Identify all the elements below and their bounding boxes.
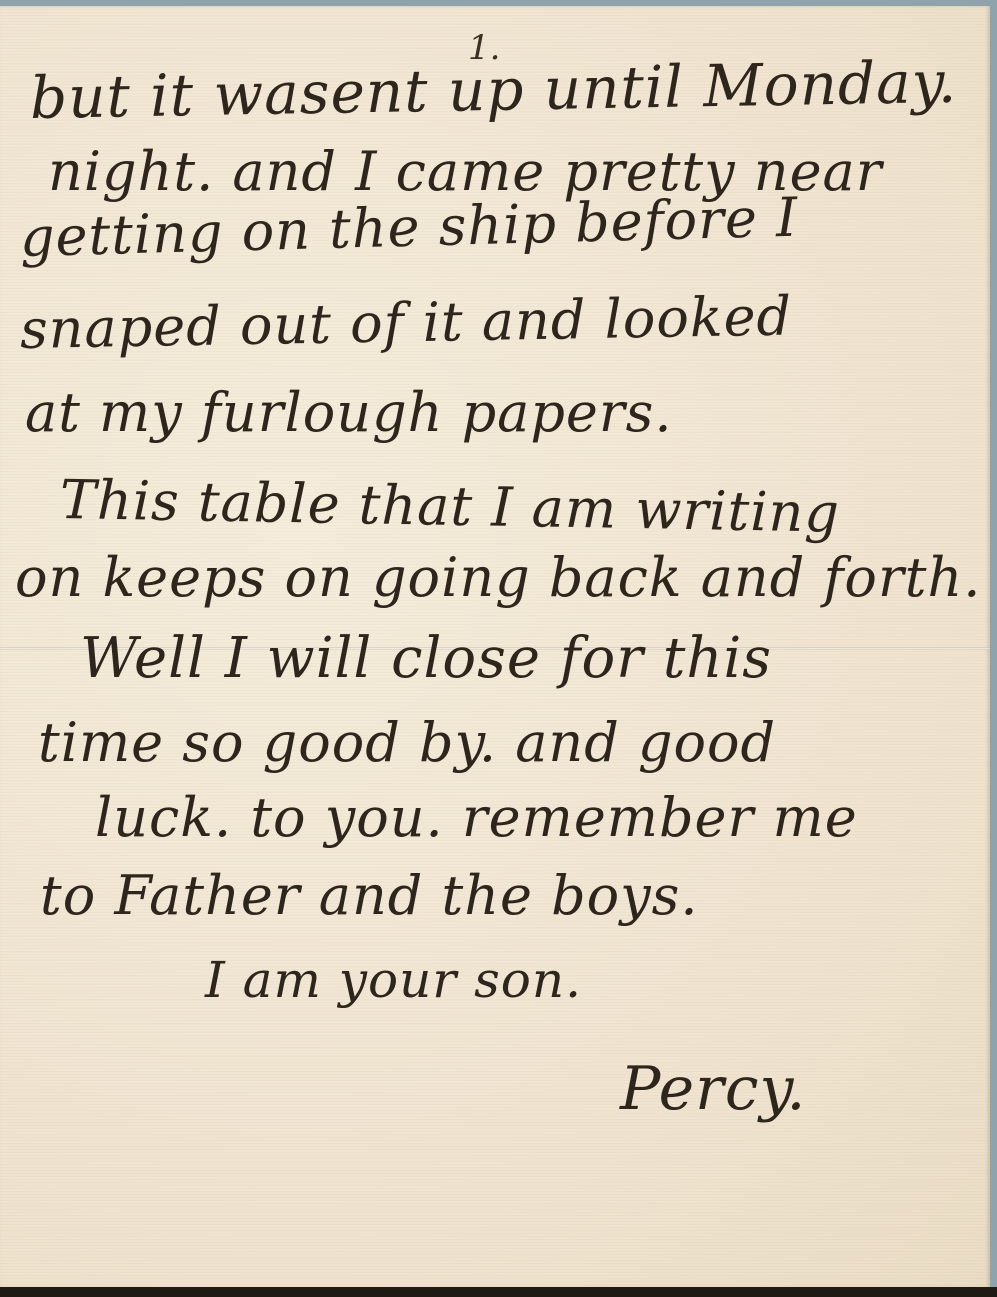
letter-line: but it wasent up until Monday. <box>29 48 957 132</box>
signature: Percy. <box>620 1054 806 1124</box>
letter-line: luck. to you. remember me <box>95 786 858 849</box>
scan-bottom-edge <box>0 1287 997 1297</box>
letter-line: at my furlough papers. <box>25 381 673 444</box>
letter-line: This table that I am writing <box>59 468 840 545</box>
letter-line: Well I will close for this <box>80 626 772 691</box>
letter-line: time so good by. and good <box>38 711 776 774</box>
scanned-letter-page: 1. but it wasent up until Monday. night.… <box>0 0 997 1297</box>
letter-line: snaped out of it and looked <box>19 285 792 361</box>
closing-line: I am your son. <box>205 951 582 1009</box>
letter-line: to Father and the boys. <box>40 864 699 927</box>
letter-line: on keeps on going back and forth. <box>15 546 981 609</box>
letter-paper: 1. but it wasent up until Monday. night.… <box>0 6 990 1288</box>
